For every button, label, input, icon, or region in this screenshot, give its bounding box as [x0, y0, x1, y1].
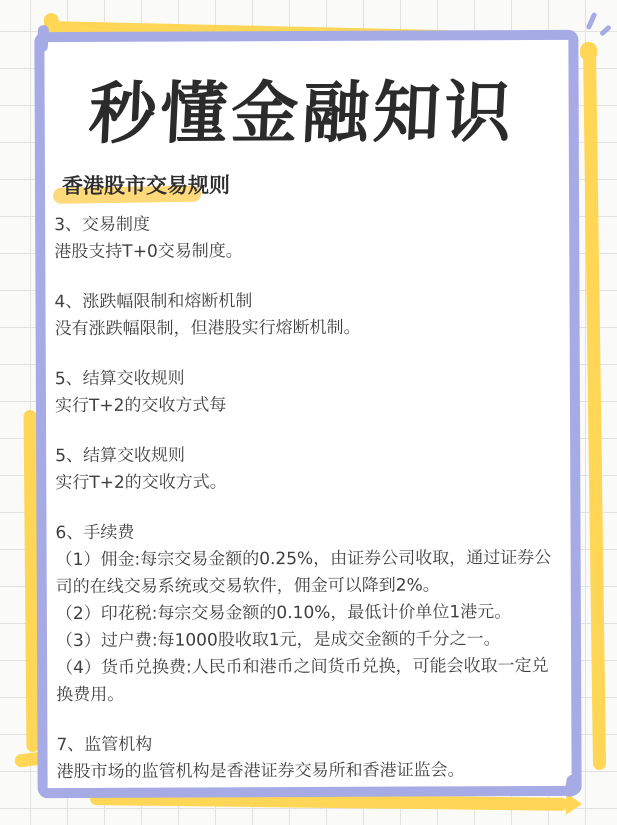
section-paragraph: （1）佣金:每宗交易金额的0.25%，由证券公司收取，通过证券公司的在线交易系统… — [56, 545, 553, 601]
section-paragraph: （4）货币兑换费:人民币和港币之间货币兑换，可能会收取一定兑换费用。 — [56, 653, 553, 709]
section-fees: 6、手续费 （1）佣金:每宗交易金额的0.25%，由证券公司收取，通过证券公司的… — [55, 518, 553, 709]
section-paragraph: 实行T+2的交收方式。 — [55, 468, 552, 497]
section-heading: 4、涨跌幅限制和熔断机制 — [54, 287, 551, 316]
section-paragraph: （2）印花税:每宗交易金额的0.10%，最低计价单位1港元。 — [56, 599, 553, 628]
subtitle: 香港股市交易规则 — [62, 169, 230, 200]
section-regulator: 7、监管机构 港股市场的监管机构是香港证券交易所和香港证监会。 — [56, 730, 553, 786]
section-paragraph: 港股支持T+0交易制度。 — [54, 237, 551, 266]
poster-card: 秒懂金融知识 香港股市交易规则 3、交易制度 港股支持T+0交易制度。 4、涨跌… — [34, 30, 581, 798]
grid-paper-background: 秒懂金融知识 香港股市交易规则 3、交易制度 港股支持T+0交易制度。 4、涨跌… — [0, 0, 617, 825]
section-heading: 6、手续费 — [55, 518, 552, 547]
section-paragraph: 港股市场的监管机构是香港证券交易所和香港证监会。 — [57, 757, 554, 786]
subtitle-row: 香港股市交易规则 — [62, 168, 551, 200]
section-paragraph: 实行T+2的交收方式每 — [55, 391, 552, 420]
sections-list: 3、交易制度 港股支持T+0交易制度。 4、涨跌幅限制和熔断机制 没有涨跌幅限制… — [54, 210, 553, 786]
poster-card-content: 秒懂金融知识 香港股市交易规则 3、交易制度 港股支持T+0交易制度。 4、涨跌… — [44, 40, 571, 788]
section-heading: 3、交易制度 — [54, 210, 551, 239]
section-price-limit: 4、涨跌幅限制和熔断机制 没有涨跌幅限制，但港股实行熔断机制。 — [54, 287, 551, 343]
page-title: 秒懂金融知识 — [52, 78, 552, 150]
section-heading: 5、结算交收规则 — [55, 364, 552, 393]
yellow-marker-stroke-right — [583, 48, 606, 770]
section-trading-system: 3、交易制度 港股支持T+0交易制度。 — [54, 210, 551, 266]
section-settlement-1: 5、结算交收规则 实行T+2的交收方式每 — [55, 364, 552, 420]
sparkle-icon — [586, 12, 598, 30]
section-heading: 5、结算交收规则 — [55, 441, 552, 470]
section-heading: 7、监管机构 — [56, 730, 553, 759]
sparkle-icon — [599, 24, 612, 36]
subtitle-text: 香港股市交易规则 — [62, 173, 230, 198]
section-paragraph: （3）过户费:每1000股收取1元，是成交金额的千分之一。 — [56, 626, 553, 655]
section-paragraph: 没有涨跌幅限制，但港股实行熔断机制。 — [55, 314, 552, 343]
section-settlement-2: 5、结算交收规则 实行T+2的交收方式。 — [55, 441, 552, 497]
